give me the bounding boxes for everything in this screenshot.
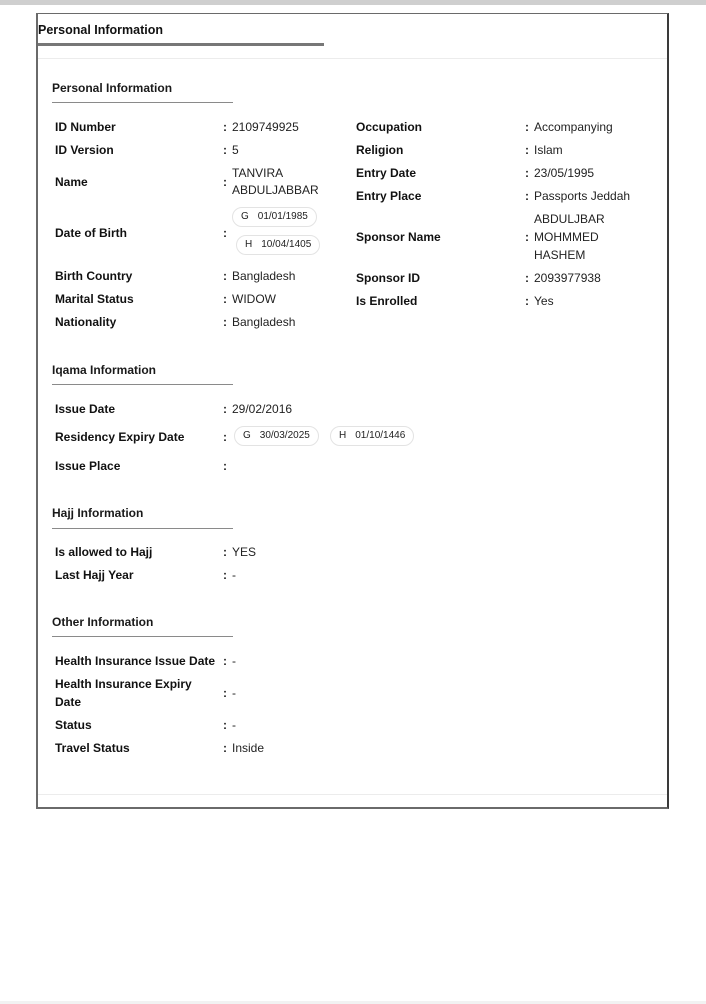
label-residency-expiry: Residency Expiry Date bbox=[55, 428, 184, 446]
label-birth-country: Birth Country bbox=[55, 267, 132, 285]
label-occupation: Occupation bbox=[356, 118, 422, 136]
separator: : bbox=[223, 267, 227, 285]
label-name: Name bbox=[55, 173, 88, 191]
value-sponsor-name-line1: ABDULJBAR bbox=[534, 210, 605, 228]
value-nationality: Bangladesh bbox=[232, 313, 295, 331]
label-nationality: Nationality bbox=[55, 313, 116, 331]
section-title-personal: Personal Information bbox=[52, 81, 172, 95]
label-hi-expiry-line2: Date bbox=[55, 693, 81, 711]
section-title-other: Other Information bbox=[52, 615, 153, 629]
value-name-line1: TANVIRA bbox=[232, 164, 283, 182]
label-iqama-issue-date: Issue Date bbox=[55, 400, 115, 418]
value-name-line2: ABDULJABBAR bbox=[232, 181, 319, 199]
value-allowed-hajj: YES bbox=[232, 543, 256, 561]
hijri-prefix: H bbox=[245, 239, 252, 250]
separator: : bbox=[223, 428, 227, 446]
separator: : bbox=[223, 684, 227, 702]
dob-hijri-value: 10/04/1405 bbox=[261, 239, 311, 250]
value-religion: Islam bbox=[534, 141, 563, 159]
card-header-divider bbox=[38, 58, 667, 59]
top-bar bbox=[0, 0, 706, 5]
separator: : bbox=[223, 141, 227, 159]
separator: : bbox=[223, 400, 227, 418]
value-travel-status: Inside bbox=[232, 739, 264, 757]
value-status: - bbox=[232, 716, 236, 734]
residency-expiry-gregorian-value: 30/03/2025 bbox=[260, 430, 310, 441]
label-travel-status: Travel Status bbox=[55, 739, 130, 757]
residency-expiry-hijri-value: 01/10/1446 bbox=[355, 430, 405, 441]
gregorian-prefix: G bbox=[241, 211, 249, 222]
value-entry-date: 23/05/1995 bbox=[534, 164, 594, 182]
label-marital-status: Marital Status bbox=[55, 290, 134, 308]
gregorian-prefix: G bbox=[243, 430, 251, 441]
separator: : bbox=[525, 118, 529, 136]
dob-hijri-badge: H10/04/1405 bbox=[236, 235, 320, 255]
value-sponsor-id: 2093977938 bbox=[534, 269, 601, 287]
separator: : bbox=[223, 313, 227, 331]
label-sponsor-id: Sponsor ID bbox=[356, 269, 420, 287]
section-rule-personal bbox=[52, 102, 233, 103]
value-occupation: Accompanying bbox=[534, 118, 613, 136]
value-hi-issue-date: - bbox=[232, 652, 236, 670]
separator: : bbox=[525, 187, 529, 205]
dob-gregorian-value: 01/01/1985 bbox=[258, 211, 308, 222]
card-title: Personal Information bbox=[38, 23, 163, 37]
section-rule-hajj bbox=[52, 528, 233, 529]
label-status: Status bbox=[55, 716, 92, 734]
value-sponsor-name-line2: MOHMMED bbox=[534, 228, 599, 246]
value-birth-country: Bangladesh bbox=[232, 267, 295, 285]
section-title-iqama: Iqama Information bbox=[52, 363, 156, 377]
residency-expiry-gregorian-badge: G30/03/2025 bbox=[234, 426, 319, 446]
section-rule-iqama bbox=[52, 384, 233, 385]
section-rule-other bbox=[52, 636, 233, 637]
value-hi-expiry-date: - bbox=[232, 684, 236, 702]
value-entry-place: Passports Jeddah bbox=[534, 187, 630, 205]
separator: : bbox=[525, 228, 529, 246]
label-sponsor-name: Sponsor Name bbox=[356, 228, 441, 246]
residency-expiry-hijri-badge: H01/10/1446 bbox=[330, 426, 414, 446]
value-is-enrolled: Yes bbox=[534, 292, 554, 310]
value-id-version: 5 bbox=[232, 141, 239, 159]
personal-information-card: Personal Information Personal Informatio… bbox=[36, 13, 669, 809]
label-date-of-birth: Date of Birth bbox=[55, 224, 127, 242]
label-hi-expiry-line1: Health Insurance Expiry bbox=[55, 675, 192, 693]
separator: : bbox=[223, 457, 227, 475]
dob-gregorian-badge: G01/01/1985 bbox=[232, 207, 317, 227]
label-id-version: ID Version bbox=[55, 141, 114, 159]
separator: : bbox=[223, 224, 227, 242]
separator: : bbox=[525, 292, 529, 310]
separator: : bbox=[223, 118, 227, 136]
label-entry-date: Entry Date bbox=[356, 164, 416, 182]
label-religion: Religion bbox=[356, 141, 403, 159]
label-entry-place: Entry Place bbox=[356, 187, 421, 205]
separator: : bbox=[223, 566, 227, 584]
separator: : bbox=[525, 269, 529, 287]
value-iqama-issue-date: 29/02/2016 bbox=[232, 400, 292, 418]
separator: : bbox=[223, 290, 227, 308]
separator: : bbox=[525, 141, 529, 159]
label-last-hajj-year: Last Hajj Year bbox=[55, 566, 134, 584]
value-id-number: 2109749925 bbox=[232, 118, 299, 136]
separator: : bbox=[223, 716, 227, 734]
value-last-hajj-year: - bbox=[232, 566, 236, 584]
separator: : bbox=[525, 164, 529, 182]
value-sponsor-name-line3: HASHEM bbox=[534, 246, 585, 264]
value-marital-status: WIDOW bbox=[232, 290, 276, 308]
section-title-hajj: Hajj Information bbox=[52, 506, 143, 520]
card-footer-divider bbox=[38, 794, 667, 795]
label-id-number: ID Number bbox=[55, 118, 116, 136]
separator: : bbox=[223, 739, 227, 757]
separator: : bbox=[223, 543, 227, 561]
hijri-prefix: H bbox=[339, 430, 346, 441]
separator: : bbox=[223, 173, 227, 191]
label-issue-place: Issue Place bbox=[55, 457, 120, 475]
card-title-underline bbox=[38, 43, 324, 46]
label-allowed-hajj: Is allowed to Hajj bbox=[55, 543, 152, 561]
separator: : bbox=[223, 652, 227, 670]
label-is-enrolled: Is Enrolled bbox=[356, 292, 417, 310]
label-hi-issue-date: Health Insurance Issue Date bbox=[55, 652, 215, 670]
